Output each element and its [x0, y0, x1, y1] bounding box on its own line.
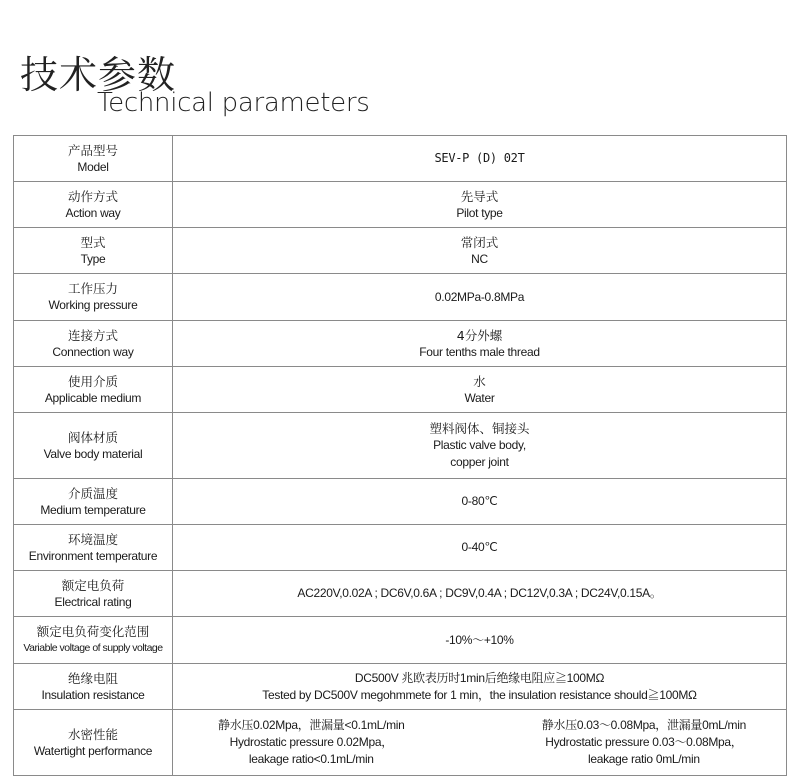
- label-cn: 阀体材质: [14, 429, 172, 446]
- value-line: -10%～+10%: [173, 632, 786, 649]
- table-row-action-way: 动作方式 Action way 先导式 Pilot type: [14, 182, 787, 228]
- row-value: 先导式 Pilot type: [173, 182, 787, 228]
- label-en: Connection way: [14, 344, 172, 361]
- label-en: Medium temperature: [14, 502, 172, 519]
- row-value: 常闭式 NC: [173, 228, 787, 274]
- value-line: 先导式: [173, 188, 786, 205]
- label-cn: 工作压力: [14, 280, 172, 297]
- label-cn: 使用介质: [14, 373, 172, 390]
- label-cn: 产品型号: [14, 142, 172, 159]
- row-value: 水 Water: [173, 367, 787, 413]
- row-value: 0-40℃: [173, 525, 787, 571]
- value-line: Plastic valve body,: [173, 437, 786, 454]
- value-line: DC500V 兆欧表历时1min后绝缘电阻应≧100MΩ: [173, 670, 786, 687]
- value-line: leakage ratio 0mL/min: [542, 751, 746, 768]
- label-en: Type: [14, 251, 172, 268]
- table-row-variable-voltage: 额定电负荷变化范围 Variable voltage of supply vol…: [14, 617, 787, 664]
- value-line: Tested by DC500V megohmmete for 1 min，th…: [173, 687, 786, 704]
- value-line: Water: [173, 390, 786, 407]
- value-line: Hydrostatic pressure 0.02Mpa，: [218, 734, 405, 751]
- label-en: Action way: [14, 205, 172, 222]
- label-en: Model: [14, 159, 172, 176]
- row-value: 0-80℃: [173, 479, 787, 525]
- label-en: Applicable medium: [14, 390, 172, 407]
- value-line: 0-80℃: [173, 493, 786, 510]
- row-label: 额定电负荷变化范围 Variable voltage of supply vol…: [14, 617, 173, 664]
- value-line: Four tenths male thread: [173, 344, 786, 361]
- value-line: SEV-P (D) 02T: [434, 151, 524, 165]
- label-en: Electrical rating: [14, 594, 172, 611]
- table-row-type: 型式 Type 常闭式 NC: [14, 228, 787, 274]
- label-cn: 水密性能: [14, 726, 172, 743]
- label-cn: 额定电负荷: [14, 577, 172, 594]
- value-line: AC220V,0.02A ; DC6V,0.6A ; DC9V,0.4A ; D…: [173, 585, 786, 602]
- table-row-connection-way: 连接方式 Connection way 4分外螺 Four tenths mal…: [14, 321, 787, 367]
- value-line: copper joint: [173, 454, 786, 471]
- value-line: 常闭式: [173, 234, 786, 251]
- label-cn: 介质温度: [14, 485, 172, 502]
- table-row-environment-temperature: 环境温度 Environment temperature 0-40℃: [14, 525, 787, 571]
- value-line: 4分外螺: [173, 327, 786, 344]
- row-value: AC220V,0.02A ; DC6V,0.6A ; DC9V,0.4A ; D…: [173, 571, 787, 617]
- table-row-working-pressure: 工作压力 Working pressure 0.02MPa-0.8MPa: [14, 274, 787, 321]
- row-label: 介质温度 Medium temperature: [14, 479, 173, 525]
- value-line: 静水压0.03～0.08Mpa，泄漏量0mL/min: [542, 717, 746, 734]
- row-value: SEV-P (D) 02T: [173, 136, 787, 182]
- row-label: 阀体材质 Valve body material: [14, 413, 173, 479]
- value-line: 水: [173, 373, 786, 390]
- row-value: 静水压0.02Mpa，泄漏量<0.1mL/min Hydrostatic pre…: [173, 710, 787, 776]
- table-row-applicable-medium: 使用介质 Applicable medium 水 Water: [14, 367, 787, 413]
- row-label: 连接方式 Connection way: [14, 321, 173, 367]
- row-label: 动作方式 Action way: [14, 182, 173, 228]
- label-en: Watertight performance: [14, 743, 172, 760]
- label-cn: 连接方式: [14, 327, 172, 344]
- table-row-insulation-resistance: 绝缘电阻 Insulation resistance DC500V 兆欧表历时1…: [14, 664, 787, 710]
- table-row-model: 产品型号 Model SEV-P (D) 02T: [14, 136, 787, 182]
- row-value: -10%～+10%: [173, 617, 787, 664]
- value-line: NC: [173, 251, 786, 268]
- watertight-low-pressure: 静水压0.02Mpa，泄漏量<0.1mL/min Hydrostatic pre…: [218, 717, 405, 768]
- table-row-watertight-performance: 水密性能 Watertight performance 静水压0.02Mpa，泄…: [14, 710, 787, 776]
- label-en: Working pressure: [14, 297, 172, 314]
- page-title-en: Technical parameters: [97, 88, 369, 118]
- table-row-electrical-rating: 额定电负荷 Electrical rating AC220V,0.02A ; D…: [14, 571, 787, 617]
- row-value: DC500V 兆欧表历时1min后绝缘电阻应≧100MΩ Tested by D…: [173, 664, 787, 710]
- value-line: 0-40℃: [173, 539, 786, 556]
- value-line: Pilot type: [173, 205, 786, 222]
- row-label: 产品型号 Model: [14, 136, 173, 182]
- row-label: 型式 Type: [14, 228, 173, 274]
- watertight-values: 静水压0.02Mpa，泄漏量<0.1mL/min Hydrostatic pre…: [173, 717, 786, 768]
- label-cn: 绝缘电阻: [14, 670, 172, 687]
- value-line: Hydrostatic pressure 0.03～0.08Mpa，: [542, 734, 746, 751]
- value-line: 静水压0.02Mpa，泄漏量<0.1mL/min: [218, 717, 405, 734]
- label-en: Variable voltage of supply voltage: [14, 640, 172, 657]
- label-en: Valve body material: [14, 446, 172, 463]
- value-line: 塑料阀体、铜接头: [173, 420, 786, 437]
- label-en: Insulation resistance: [14, 687, 172, 704]
- watertight-high-pressure: 静水压0.03～0.08Mpa，泄漏量0mL/min Hydrostatic p…: [542, 717, 746, 768]
- label-cn: 动作方式: [14, 188, 172, 205]
- row-label: 绝缘电阻 Insulation resistance: [14, 664, 173, 710]
- spec-table: 产品型号 Model SEV-P (D) 02T 动作方式 Action way…: [13, 135, 787, 776]
- row-value: 4分外螺 Four tenths male thread: [173, 321, 787, 367]
- label-en: Environment temperature: [14, 548, 172, 565]
- value-line: 0.02MPa-0.8MPa: [173, 289, 786, 306]
- label-cn: 型式: [14, 234, 172, 251]
- row-label: 工作压力 Working pressure: [14, 274, 173, 321]
- table-row-medium-temperature: 介质温度 Medium temperature 0-80℃: [14, 479, 787, 525]
- row-value: 塑料阀体、铜接头 Plastic valve body, copper join…: [173, 413, 787, 479]
- row-label: 额定电负荷 Electrical rating: [14, 571, 173, 617]
- row-label: 使用介质 Applicable medium: [14, 367, 173, 413]
- value-line: leakage ratio<0.1mL/min: [218, 751, 405, 768]
- label-cn: 额定电负荷变化范围: [14, 623, 172, 640]
- row-label: 水密性能 Watertight performance: [14, 710, 173, 776]
- table-row-valve-body-material: 阀体材质 Valve body material 塑料阀体、铜接头 Plasti…: [14, 413, 787, 479]
- label-cn: 环境温度: [14, 531, 172, 548]
- row-value: 0.02MPa-0.8MPa: [173, 274, 787, 321]
- row-label: 环境温度 Environment temperature: [14, 525, 173, 571]
